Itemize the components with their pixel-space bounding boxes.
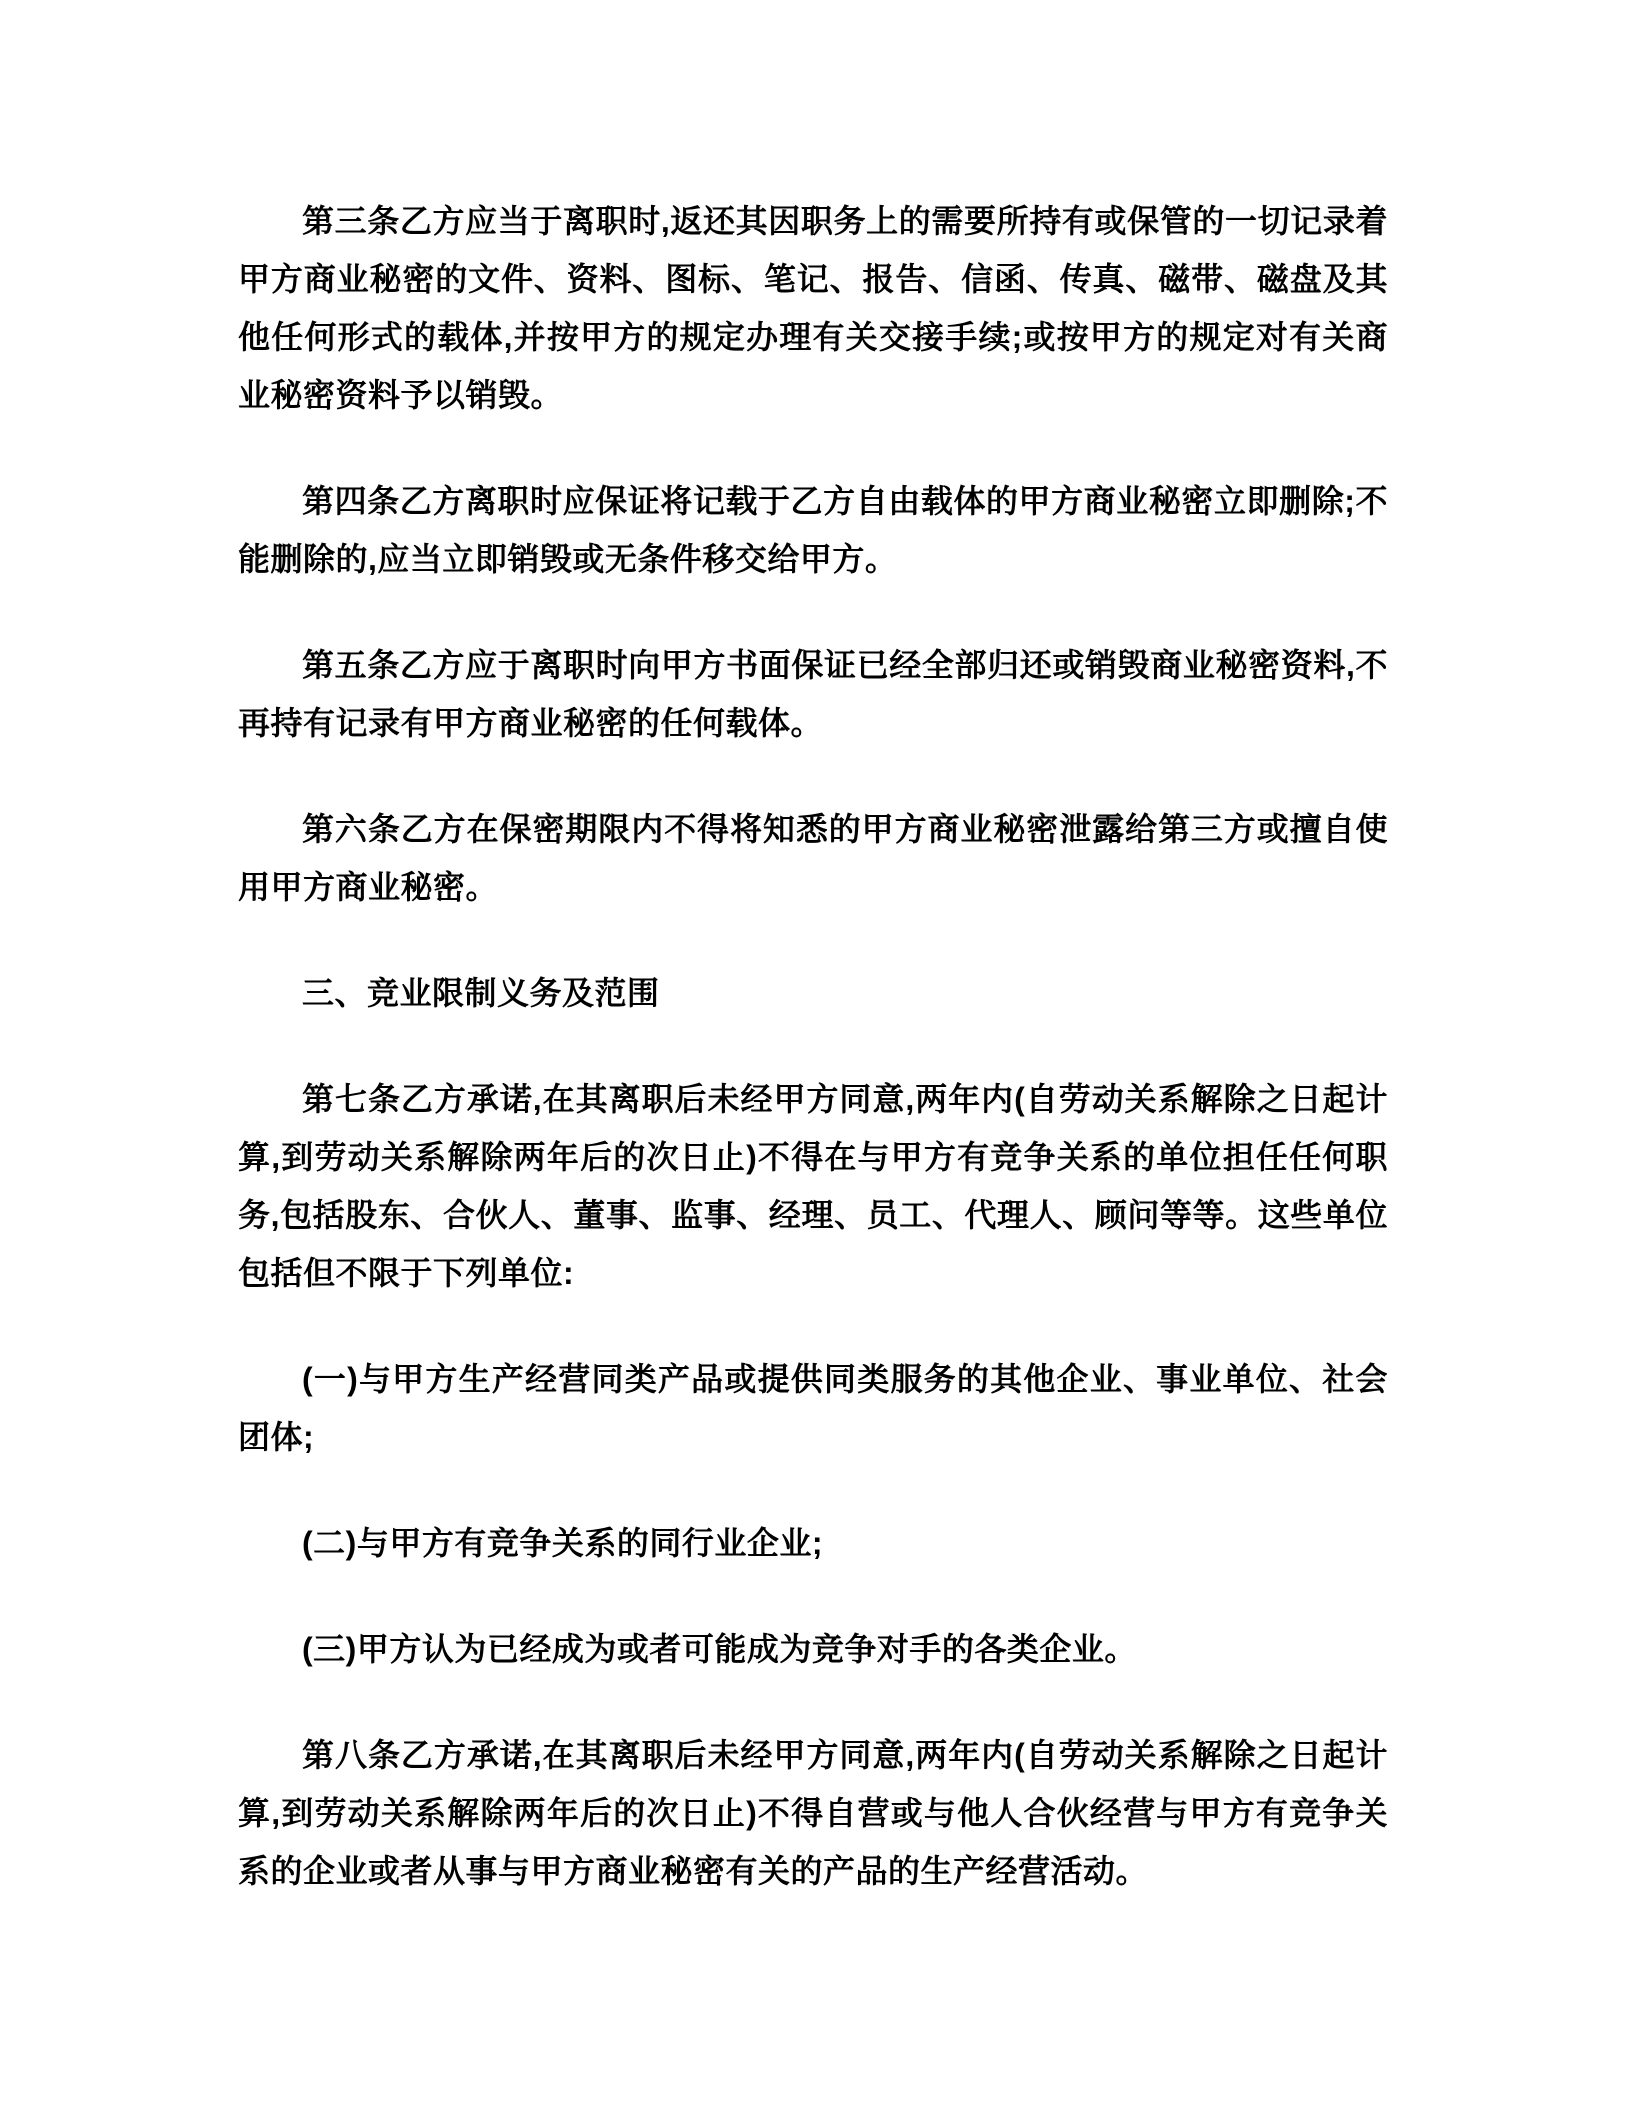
paragraph-article-4: 第四条乙方离职时应保证将记载于乙方自由载体的甲方商业秘密立即删除;不能删除的,应…: [238, 472, 1388, 588]
list-item-3: (三)甲方认为已经成为或者可能成为竞争对手的各类企业。: [238, 1620, 1388, 1678]
paragraph-article-5: 第五条乙方应于离职时向甲方书面保证已经全部归还或销毁商业秘密资料,不再持有记录有…: [238, 636, 1388, 752]
list-item-1: (一)与甲方生产经营同类产品或提供同类服务的其他企业、事业单位、社会团体;: [238, 1350, 1388, 1466]
paragraph-article-8: 第八条乙方承诺,在其离职后未经甲方同意,两年内(自劳动关系解除之日起计算,到劳动…: [238, 1726, 1388, 1900]
paragraph-article-7: 第七条乙方承诺,在其离职后未经甲方同意,两年内(自劳动关系解除之日起计算,到劳动…: [238, 1070, 1388, 1302]
paragraph-article-6: 第六条乙方在保密期限内不得将知悉的甲方商业秘密泄露给第三方或擅自使用甲方商业秘密…: [238, 800, 1388, 916]
section-heading-non-compete: 三、竞业限制义务及范围: [238, 964, 1388, 1022]
document-page: 第三条乙方应当于离职时,返还其因职务上的需要所持有或保管的一切记录着甲方商业秘密…: [0, 0, 1632, 2112]
paragraph-article-3: 第三条乙方应当于离职时,返还其因职务上的需要所持有或保管的一切记录着甲方商业秘密…: [238, 192, 1388, 424]
list-item-2: (二)与甲方有竞争关系的同行业企业;: [238, 1514, 1388, 1572]
